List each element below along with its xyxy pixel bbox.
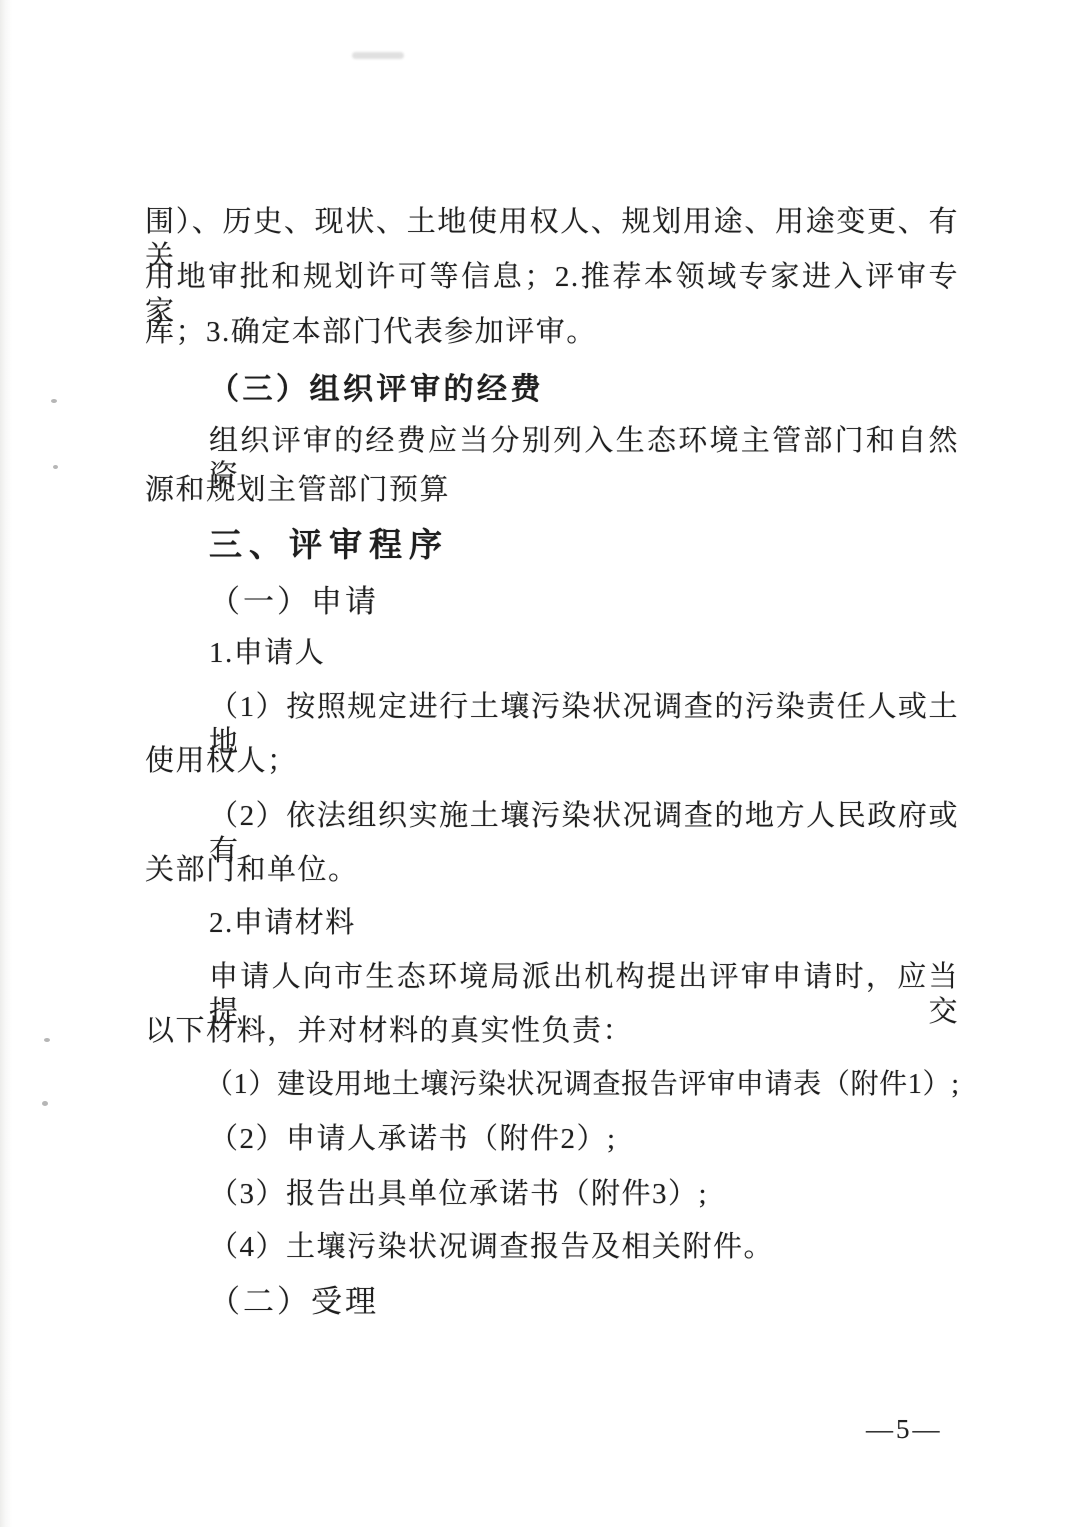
item-heading-applicant: 1.申请人	[145, 636, 959, 671]
scan-speck	[51, 399, 57, 403]
doc-line: 库；3.确定本部门代表参加评审。	[145, 315, 959, 350]
scan-smudge	[352, 52, 404, 59]
subsection-heading-acceptance: （二）受理	[145, 1283, 959, 1320]
scan-edge-shadow	[0, 0, 12, 1527]
list-item-attachment-3: （3）报告出具单位承诺书（附件3）;	[145, 1177, 959, 1212]
doc-line: 源和规划主管部门预算	[145, 473, 959, 508]
subsection-heading-application: （一）申请	[145, 583, 959, 620]
page-number: —5—	[866, 1414, 943, 1445]
item-heading-application-materials: 2.申请材料	[145, 906, 959, 941]
doc-line: 以下材料，并对材料的真实性负责：	[145, 1014, 959, 1049]
list-item-attachment-1: （1）建设用地土壤污染状况调查报告评审申请表（附件1）;	[145, 1068, 959, 1102]
list-item-attachment-4: （4）土壤污染状况调查报告及相关附件。	[145, 1230, 959, 1265]
scan-speck	[53, 465, 58, 469]
doc-line: 关部门和单位。	[145, 853, 959, 888]
list-item-attachment-2: （2）申请人承诺书（附件2）;	[145, 1122, 959, 1157]
scan-speck	[44, 1038, 50, 1042]
scan-speck	[42, 1101, 48, 1106]
document-page: 围）、历史、现状、土地使用权人、规划用途、用途变更、有关 用地审批和规划许可等信…	[0, 0, 1080, 1527]
section-heading-review-procedure: 三、评审程序	[145, 525, 959, 565]
doc-line: 使用权人；	[145, 744, 959, 779]
section-heading-funding: （三）组织评审的经费	[145, 372, 959, 408]
